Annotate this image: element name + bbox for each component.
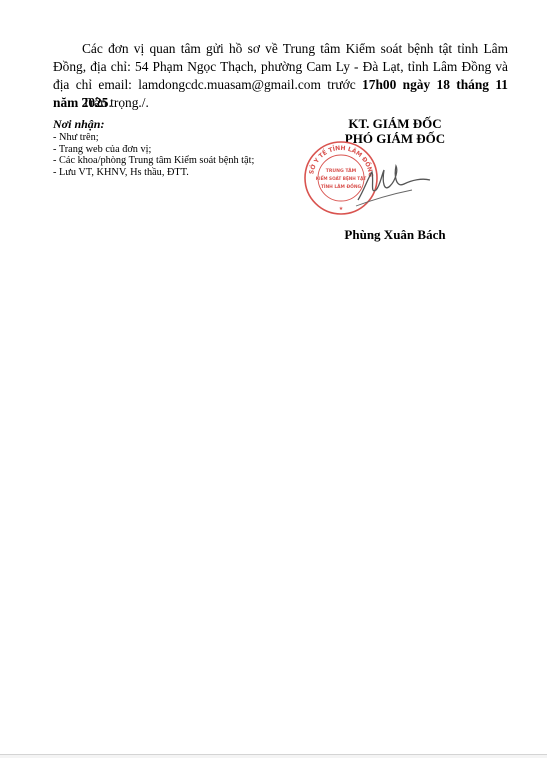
- recipient-item: - Như trên;: [53, 132, 254, 144]
- recipients-block: Nơi nhận: - Như trên; - Trang web của đơ…: [53, 117, 254, 178]
- signer-title-1: KT. GIÁM ĐỐC: [320, 116, 470, 132]
- recipient-item: - Các khoa/phòng Trung tâm Kiểm soát bện…: [53, 155, 254, 167]
- recipients-title: Nơi nhận:: [53, 117, 254, 132]
- svg-text:★: ★: [339, 206, 344, 212]
- handwritten-signature-icon: [352, 160, 432, 210]
- signer-name: Phùng Xuân Bách: [320, 227, 470, 243]
- recipient-item: - Trang web của đơn vị;: [53, 144, 254, 156]
- recipient-item: - Lưu VT, KHNV, Hs thầu, ĐTT.: [53, 167, 254, 179]
- closing-regards: Trân trọng./.: [82, 95, 149, 111]
